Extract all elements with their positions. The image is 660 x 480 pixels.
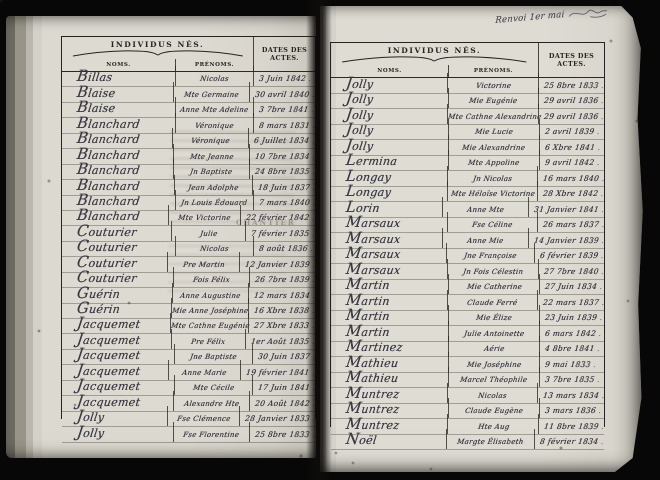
prenom-handwriting: Mie Alexandrine <box>462 144 526 151</box>
prenom-cell: Anne Augustine <box>173 283 249 303</box>
date-cell: 20 Août 1842 <box>250 391 315 411</box>
prenom-handwriting: Margte Élisabeth <box>457 439 524 446</box>
date-cell: 14 Janvier 1839 <box>529 228 604 248</box>
prenom-handwriting: Mte Victorine <box>178 215 232 222</box>
date-handwriting: 25 8bre 1833 <box>543 81 604 89</box>
prenom-handwriting: Pre Félix <box>191 339 226 346</box>
date-handwriting: 27 Juin 1834 <box>544 283 603 291</box>
prenom-handwriting: Véronique <box>194 123 234 130</box>
date-handwriting: 29 avril 1836 <box>544 97 605 105</box>
prenom-handwriting: Mte Appoline <box>468 160 520 167</box>
date-cell: 7 mars 1840 <box>254 190 315 210</box>
date-handwriting: 14 Janvier 1839 <box>533 236 604 244</box>
date-handwriting: 20 Août 1842 <box>254 399 315 407</box>
date-handwriting: 23 Juin 1839 <box>544 314 603 322</box>
date-handwriting: 27 Xbre 1833 <box>254 322 316 330</box>
prenom-handwriting: Marcel Théophile <box>460 377 528 384</box>
prenom-handwriting: Mte Jeanne <box>189 153 234 160</box>
prenom-handwriting: Mte Héloïse Victorine <box>450 191 535 198</box>
date-handwriting: 24 8bre 1835 <box>254 168 315 176</box>
prenom-handwriting: Mie Eugénie <box>469 98 518 105</box>
date-cell: 9 mai 1833 <box>540 352 604 372</box>
date-cell: 18 Juin 1837 <box>253 175 315 195</box>
date-cell: 7 février 1835 <box>246 221 315 241</box>
nom-handwriting: Noël <box>345 432 378 447</box>
date-cell: 29 avril 1836 <box>539 88 604 108</box>
prenom-handwriting: Anne Mte Adeline <box>180 107 249 114</box>
date-cell: 28 Xbre 1842 <box>538 181 604 201</box>
prenom-handwriting: Anne Marie <box>182 370 228 377</box>
date-cell: 23 Juin 1839 <box>540 305 604 325</box>
header-prenoms-label: PRÉNOMS. <box>449 65 538 77</box>
prenom-handwriting: Jn Nicolas <box>472 175 512 182</box>
prenom-handwriting: Jean Adolphe <box>188 184 240 191</box>
date-handwriting: 3 Juin 1842 <box>258 75 311 83</box>
date-cell: 26 mars 1837 <box>538 212 604 232</box>
prenom-handwriting: Fse Clémence <box>176 416 231 423</box>
date-handwriting: 6 Xbre 1841 <box>544 143 601 151</box>
prenom-handwriting: Julie <box>199 231 217 238</box>
nom-cell: Jolly <box>62 422 174 442</box>
date-cell: 27 7bre 1840 <box>539 259 604 279</box>
date-cell: 24 8bre 1835 <box>250 159 315 179</box>
date-cell: 26 7bre 1839 <box>250 267 315 287</box>
date-cell: 6 février 1839 <box>535 243 604 263</box>
prenom-cell: Margte Élisabeth <box>447 429 536 449</box>
table-row: NoëlMargte Élisabeth8 février 1834 <box>331 435 604 451</box>
nom-handwriting: Jacquemet <box>76 393 142 408</box>
date-handwriting: 6 février 1839 <box>540 252 605 260</box>
nom-handwriting: Jacquemet <box>76 316 142 331</box>
date-cell: 29 avril 1836 <box>539 104 604 124</box>
date-handwriting: 13 mars 1834 <box>542 391 604 399</box>
header-brace-icon <box>70 49 246 58</box>
date-handwriting: 6 mars 1842 <box>544 329 601 337</box>
date-handwriting: 22 février 1842 <box>246 214 316 222</box>
prenom-handwriting: Nicolas <box>200 246 230 253</box>
prenom-handwriting: Hte Aug <box>477 423 509 430</box>
header-brace-icon <box>339 55 529 64</box>
register-table-right: INDIVIDUS NÉS. NOMS. PRÉNOMS. DATES DES … <box>330 42 605 427</box>
table-row: JollyFse Florentine25 8bre 1833 <box>62 427 315 442</box>
date-cell: 31 Janvier 1841 <box>529 197 604 217</box>
date-handwriting: 8 mars 1831 <box>258 122 315 130</box>
prenom-handwriting: Anne Mie <box>467 237 504 244</box>
date-cell: 8 mars 1831 <box>254 113 315 133</box>
date-handwriting: 7 mars 1840 <box>258 199 315 207</box>
scanned-register-spread: CHANTIER Renvoi 1er mai INDIVIDUS NÉS. N… <box>0 0 660 480</box>
date-cell: 10 7bre 1834 <box>250 144 315 164</box>
date-cell: 11 8bre 1839 <box>539 414 604 434</box>
nom-handwriting: Jacquemet <box>76 362 142 377</box>
prenom-handwriting: Victorine <box>475 82 511 89</box>
date-handwriting: 8 février 1834 <box>540 438 605 446</box>
prenom-cell: Fse Florentine <box>174 422 250 442</box>
date-handwriting: 31 Janvier 1841 <box>533 205 604 213</box>
date-handwriting: 16 mars 1840 <box>542 174 604 182</box>
date-cell: 27 Juin 1834 <box>540 274 604 294</box>
date-handwriting: 27 7bre 1840 <box>543 267 604 275</box>
date-cell: 13 mars 1834 <box>538 383 604 403</box>
date-handwriting: 7 février 1835 <box>251 230 316 238</box>
prenom-handwriting: Nicolas <box>200 76 230 83</box>
prenom-cell: Mte Héloïse Victorine <box>448 181 538 201</box>
prenom-handwriting: Claude Ferré <box>467 299 518 306</box>
header-individus-nes: INDIVIDUS NÉS. NOMS. PRÉNOMS. <box>331 43 539 77</box>
nom-handwriting: Jacquemet <box>76 347 142 362</box>
prenom-handwriting: Jne Baptiste <box>190 354 238 361</box>
prenom-handwriting: Nicolas <box>477 392 507 399</box>
date-handwriting: 9 avril 1842 <box>544 159 600 167</box>
date-handwriting: 26 mars 1837 <box>542 221 604 229</box>
date-cell: 22 mars 1837 <box>538 290 604 310</box>
date-handwriting: 3 7bre 1841 <box>258 106 314 114</box>
date-handwriting: 10 7bre 1834 <box>254 152 315 160</box>
prenom-handwriting: Mte Germaine <box>184 92 240 99</box>
prenom-cell: Marcel Théophile <box>449 367 540 387</box>
prenom-cell: Alexandre Hte <box>174 391 250 411</box>
date-cell: 16 Xbre 1838 <box>249 298 315 318</box>
date-handwriting: 22 mars 1837 <box>542 298 604 306</box>
date-handwriting: 25 8bre 1833 <box>254 430 315 438</box>
date-cell: 16 mars 1840 <box>538 166 604 186</box>
date-cell: 6 mars 1842 <box>540 321 604 341</box>
prenom-cell: Mie Anne Joséphine <box>172 298 249 318</box>
nom-handwriting: Jacquemet <box>76 378 142 393</box>
register-table-left: INDIVIDUS NÉS. NOMS. PRÉNOMS. DATES DES … <box>61 36 316 419</box>
prenom-handwriting: Pre Martin <box>182 262 225 269</box>
date-handwriting: 29 avril 1836 <box>544 112 605 120</box>
table-rows: JollyVictorine25 8bre 1833JollyMie Eugén… <box>331 78 604 450</box>
prenom-handwriting: Fse Florentine <box>183 431 240 438</box>
date-handwriting: 18 Juin 1837 <box>257 183 316 191</box>
date-cell: 25 8bre 1833 <box>539 73 604 93</box>
prenom-handwriting: Jn Louis Édouard <box>181 200 248 207</box>
prenom-handwriting: Claude Eugène <box>465 408 524 415</box>
date-cell: 28 Janvier 1833 <box>240 406 315 426</box>
date-handwriting: 3 mars 1836 <box>544 407 601 415</box>
date-cell: 9 avril 1842 <box>540 150 604 170</box>
prenom-handwriting: Véronique <box>191 138 231 145</box>
prenom-handwriting: Mie Élize <box>476 315 513 322</box>
prenom-handwriting: Mie Joséphine <box>466 361 521 368</box>
prenom-handwriting: Fois Félix <box>192 277 230 284</box>
prenom-handwriting: Mte Cécile <box>192 385 234 392</box>
prenom-handwriting: Mte Cathne Eugénie <box>171 323 251 330</box>
nom-handwriting: Jacquemet <box>76 332 142 347</box>
date-handwriting: 17 Juin 1841 <box>257 384 316 392</box>
prenom-handwriting: Aérie <box>483 346 504 353</box>
date-cell: 3 7bre 1835 <box>540 367 604 387</box>
date-handwriting: 4 8bre 1841 <box>544 345 600 353</box>
date-handwriting: 3 7bre 1835 <box>544 376 600 384</box>
prenom-handwriting: Mte Cathne Alexandrine <box>448 113 542 120</box>
date-handwriting: 19 février 1841 <box>246 369 316 377</box>
prenom-handwriting: Mie Lucie <box>475 129 514 136</box>
prenom-handwriting: Jn Fois Célestin <box>463 268 524 275</box>
prenom-handwriting: Anne Augustine <box>180 292 242 299</box>
prenom-handwriting: Alexandre Hte <box>183 400 239 407</box>
prenom-handwriting: Mie Catherine <box>466 284 522 291</box>
date-handwriting: 16 Xbre 1838 <box>254 307 316 315</box>
prenom-handwriting: Julie Antoinette <box>463 330 524 337</box>
header-prenoms-label: PRÉNOMS. <box>176 59 253 71</box>
prenom-cell: Jn Louis Édouard <box>176 190 254 210</box>
prenom-handwriting: Mie Anne Joséphine <box>172 308 249 315</box>
date-handwriting: 28 Xbre 1842 <box>543 190 605 198</box>
prenom-handwriting: Anne Mte <box>466 206 504 213</box>
date-cell: 8 février 1834 <box>535 429 604 449</box>
date-cell: 1er Août 1835 <box>246 329 315 349</box>
date-cell: 25 8bre 1833 <box>250 422 315 442</box>
date-handwriting: 30 Juin 1837 <box>257 353 316 361</box>
date-cell: 6 Xbre 1841 <box>540 135 604 155</box>
date-cell: 19 février 1841 <box>241 360 315 380</box>
prenom-handwriting: Jne Françoise <box>464 253 518 260</box>
date-cell: 2 avril 1839 <box>540 119 604 139</box>
date-handwriting: 1er Août 1835 <box>251 338 316 346</box>
date-cell: 12 Janvier 1839 <box>240 252 315 272</box>
date-handwriting: 11 8bre 1839 <box>543 422 604 430</box>
prenom-cell: Fse Clémence <box>168 406 240 426</box>
date-cell: 30 avril 1840 <box>250 82 315 102</box>
date-cell: 3 mars 1836 <box>540 398 604 418</box>
header-individus-nes: INDIVIDUS NÉS. NOMS. PRÉNOMS. <box>62 37 254 71</box>
date-handwriting: 6 Juillet 1834 <box>254 137 316 145</box>
date-handwriting: 26 7bre 1839 <box>254 276 315 284</box>
date-handwriting: 8 août 1836 <box>258 245 313 253</box>
prenom-handwriting: Fse Céline <box>471 222 512 229</box>
scan-dust-speckles <box>0 0 2 2</box>
date-cell: 4 8bre 1841 <box>540 336 604 356</box>
date-handwriting: 12 Janvier 1839 <box>244 261 315 269</box>
date-handwriting: 28 Janvier 1833 <box>244 415 315 423</box>
date-cell: 12 mars 1834 <box>249 283 315 303</box>
prenom-handwriting: Jn Baptiste <box>190 169 233 176</box>
date-handwriting: 30 avril 1840 <box>255 91 316 99</box>
prenom-cell: Mte Cathne Alexandrine <box>448 104 539 124</box>
date-handwriting: 2 avril 1839 <box>544 128 600 136</box>
table-rows: BillasNicolas3 Juin 1842BlaiseMte Germai… <box>62 72 315 443</box>
date-handwriting: 9 mai 1833 <box>544 360 596 368</box>
nom-handwriting: Jolly <box>76 424 106 439</box>
date-handwriting: 12 mars 1834 <box>253 291 315 299</box>
